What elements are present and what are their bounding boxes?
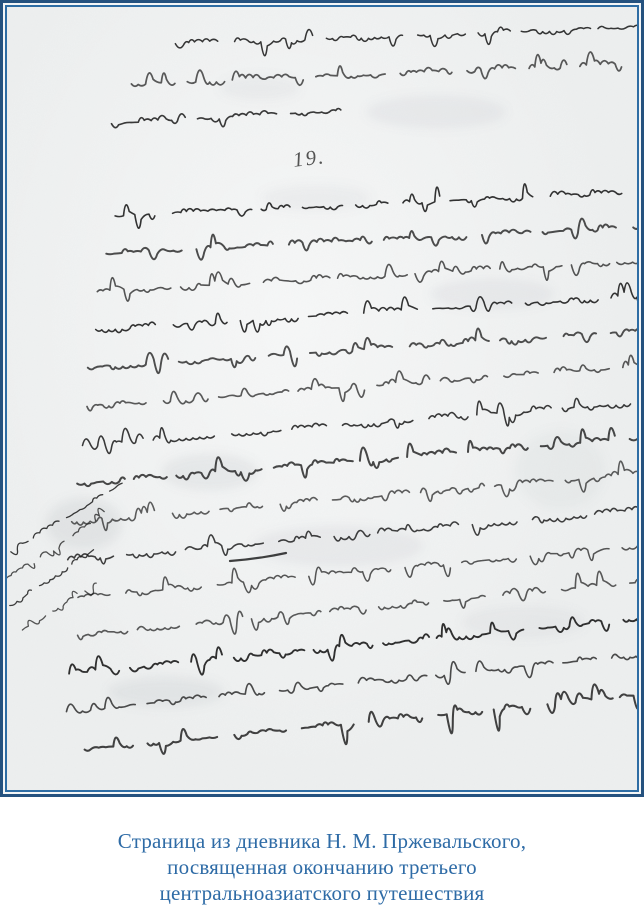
page: { "figure": { "kind": "scanned handwritt… (0, 0, 644, 907)
handwriting-art (7, 7, 637, 790)
manuscript-figure: 19. (0, 0, 644, 797)
figure-caption: Страница из дневника Н. М. Пржевальского… (0, 828, 644, 906)
manuscript-scan: 19. (5, 5, 639, 792)
caption-line-1: Страница из дневника Н. М. Пржевальского… (0, 828, 644, 854)
paper-grain (7, 7, 637, 790)
caption-line-3: центральноазиатского путешествия (0, 880, 644, 906)
date-mark: 19. (292, 144, 327, 173)
caption-line-2: посвященная окончанию третьего (0, 854, 644, 880)
